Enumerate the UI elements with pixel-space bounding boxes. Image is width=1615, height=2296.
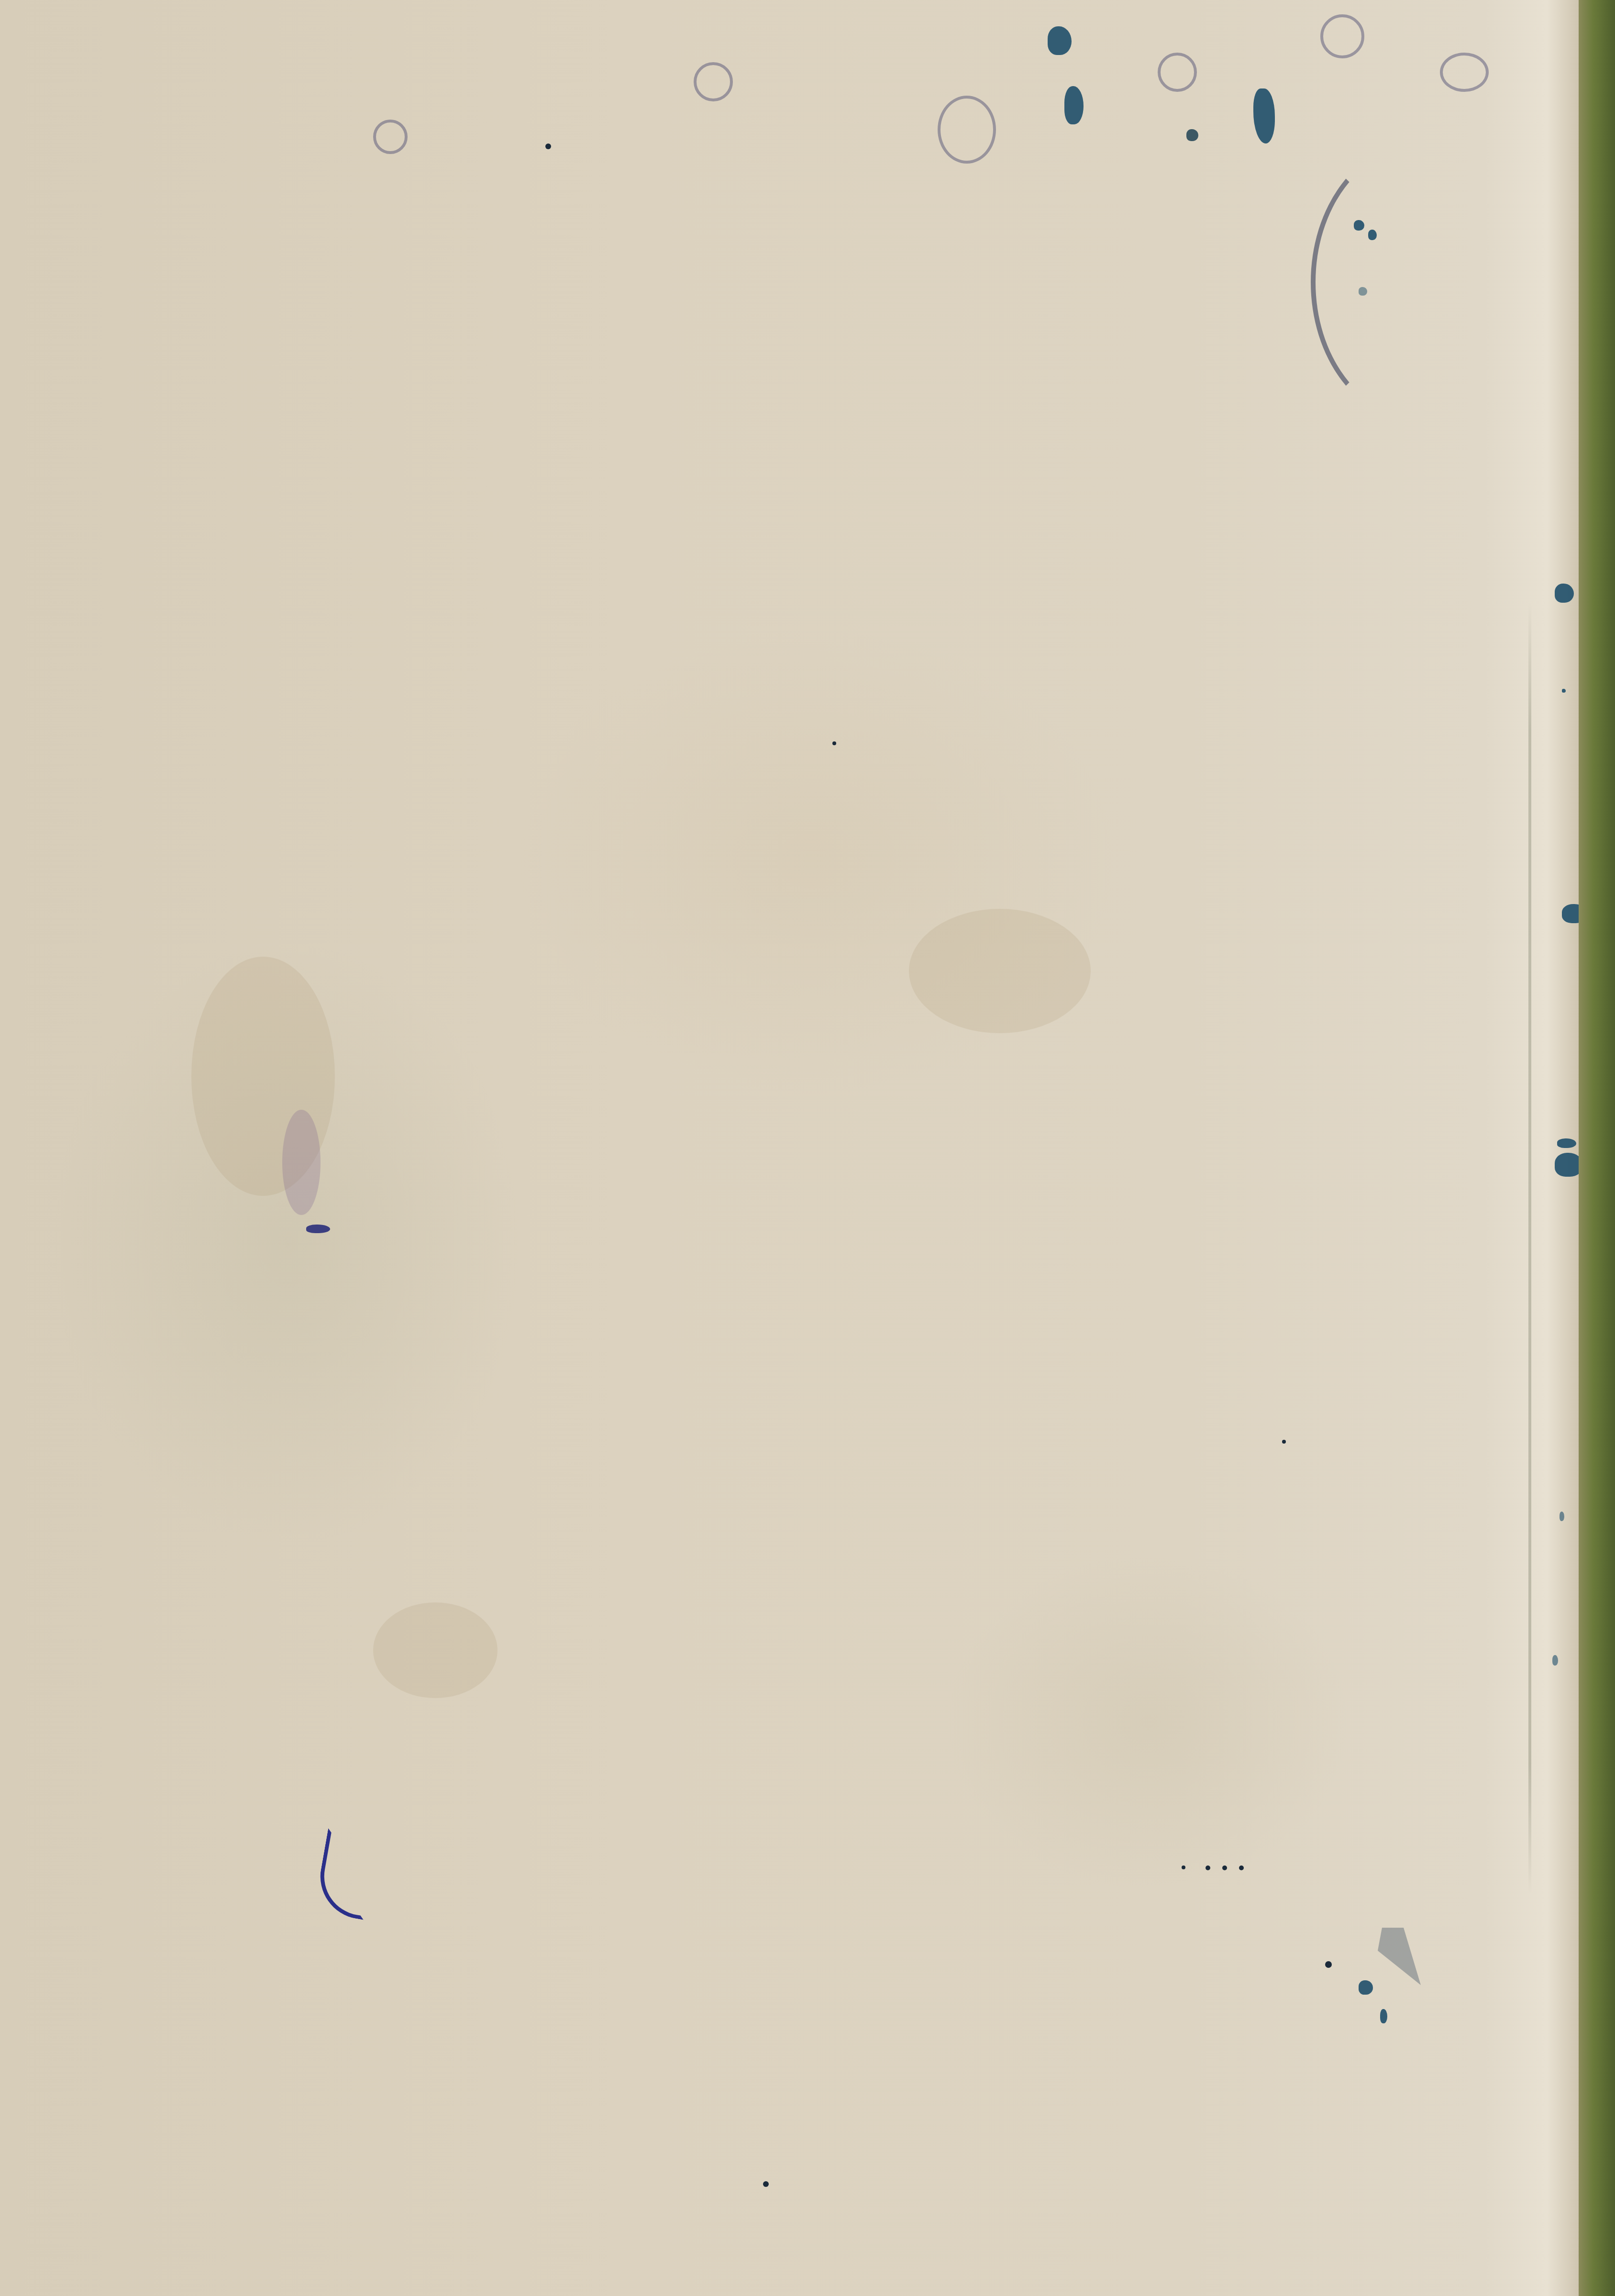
- blue-pen-stroke: [314, 1828, 378, 1920]
- foxing-stain: [909, 909, 1091, 1033]
- foxing-stain: [373, 1602, 498, 1698]
- speck: [763, 2181, 769, 2187]
- page-edge-background: [1579, 0, 1615, 2296]
- fold-line: [1528, 603, 1531, 1894]
- paper-page: [0, 0, 1579, 2296]
- speck: [832, 741, 836, 745]
- speck: [1282, 1440, 1286, 1444]
